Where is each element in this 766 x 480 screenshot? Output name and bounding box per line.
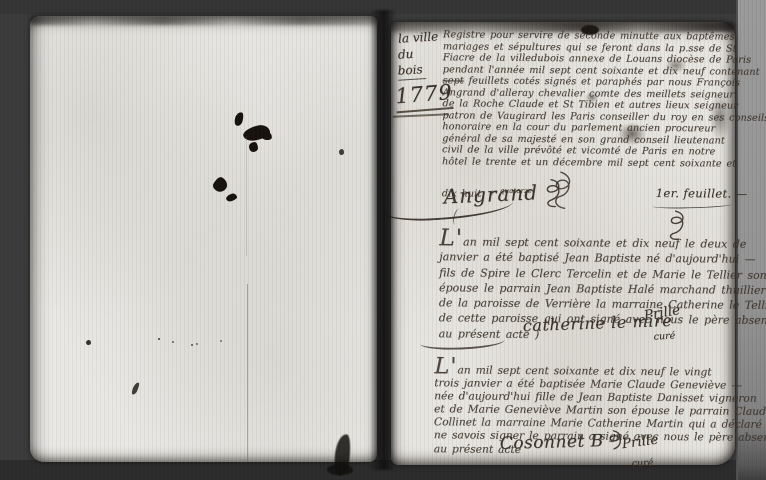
page-fold-line: [246, 136, 247, 256]
scan-background: la ville du bois 1779 Registre pour serv…: [0, 0, 766, 480]
ink-blot: [327, 464, 353, 475]
manuscript-line: L'an mil sept cent soixante et dix neuf …: [434, 358, 732, 378]
struck-word: sept: [443, 75, 464, 86]
flourish-stroke: [383, 201, 514, 223]
ink-blot: [86, 340, 91, 345]
margin-note-line: bois: [397, 61, 426, 81]
paraph-flourish-icon: [539, 176, 566, 209]
folio-label: 1er. feuillet. —: [656, 186, 748, 201]
manuscript-line: L'an mil sept cent soixante et dix neuf …: [439, 230, 733, 252]
page-fold-line: [247, 284, 248, 462]
left-page: [30, 16, 377, 462]
book-gutter: [370, 10, 396, 470]
ink-blot: [339, 149, 344, 155]
cosonnet-signature-text: Cosonnet B: [500, 431, 604, 454]
ink-blot: [131, 382, 141, 396]
manuscript-line: janvier a été baptisé Jean Baptiste né d…: [439, 250, 733, 268]
ink-blot: [249, 142, 258, 152]
cosonnet-signature: Cosonnet B: [499, 428, 626, 457]
ink-blot: [225, 192, 238, 202]
ink-blot: [233, 111, 245, 127]
ink-specks: [158, 338, 160, 340]
cure-title: curé: [631, 457, 653, 469]
record-separator-stroke: [420, 338, 504, 350]
cure-title: curé: [653, 330, 675, 342]
right-page: la ville du bois 1779 Registre pour serv…: [391, 22, 735, 465]
ink-blot: [211, 175, 230, 194]
ink-blot: [260, 131, 272, 141]
